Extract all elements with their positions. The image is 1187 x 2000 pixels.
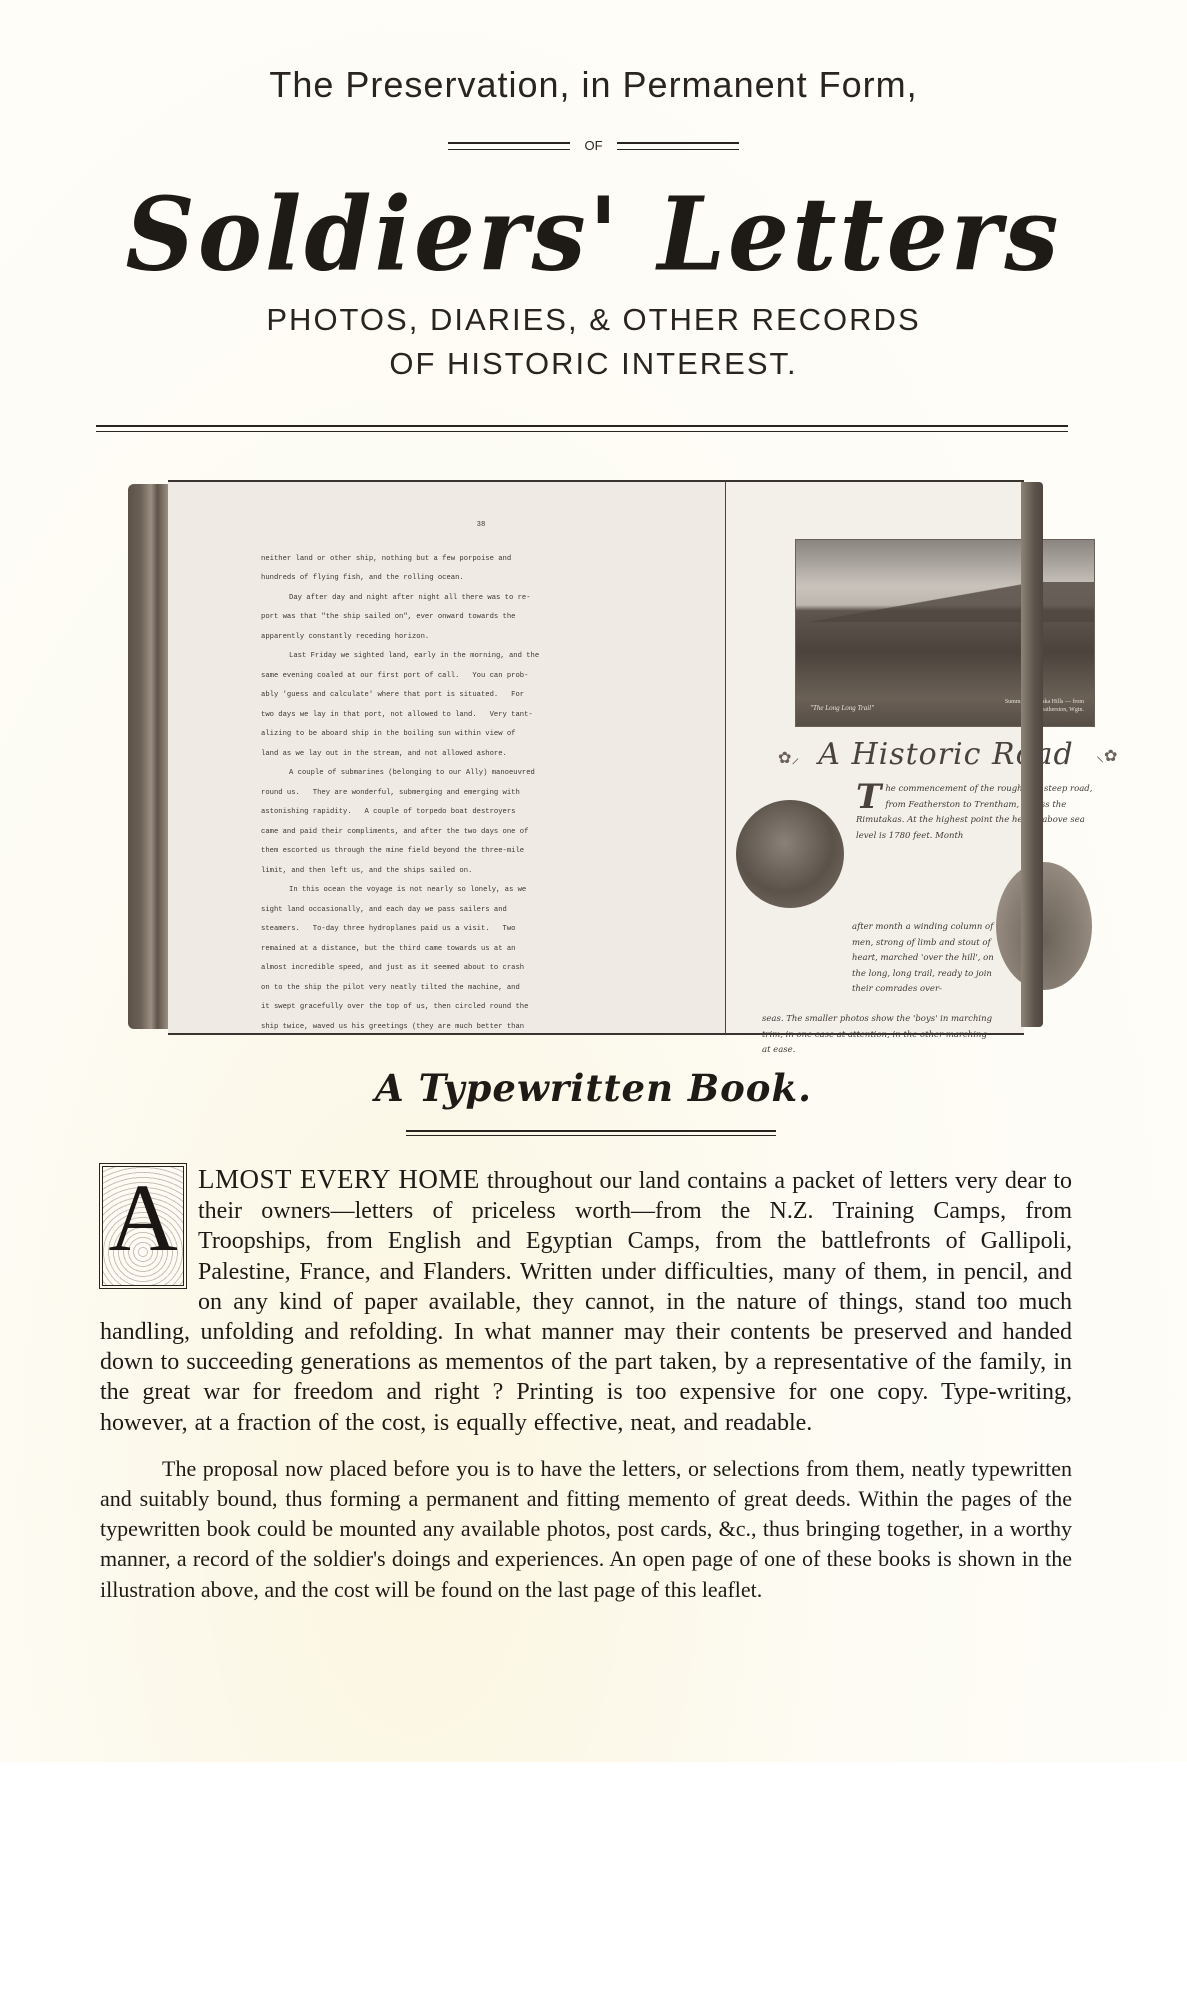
typed-line: land as we lay out in the stream, and no… xyxy=(261,745,701,765)
typed-line: Last Friday we sighted land, early in th… xyxy=(261,647,701,667)
typed-line: them escorted us through the mine field … xyxy=(261,842,701,862)
album-text-block-2: after month a winding column of men, str… xyxy=(852,920,994,998)
typed-line: almost incredible speed, and just as it … xyxy=(261,959,701,979)
hills-silhouette xyxy=(796,582,1094,622)
album-text-block-1: T he commencement of the rough and steep… xyxy=(856,782,1098,844)
typed-line: steamers. To-day three hydroplanes paid … xyxy=(261,920,701,940)
typed-line: round us. They are wonderful, submerging… xyxy=(261,784,701,804)
paragraph-1-text: throughout our land contains a packet of… xyxy=(100,1168,1072,1436)
marching-column-photo-oval xyxy=(996,862,1092,990)
typed-line: ship twice, waved us his greetings (they… xyxy=(261,1018,701,1038)
photo-caption-left: "The Long Long Trail" xyxy=(810,704,874,712)
page-number: 38 xyxy=(261,516,701,536)
typewritten-page: 38 neither land or other ship, nothing b… xyxy=(168,480,725,1035)
subtitle: PHOTOS, DIARIES, & OTHER RECORDS OF HIST… xyxy=(0,298,1187,386)
book-edge-left xyxy=(128,484,170,1029)
preamble-heading: The Preservation, in Permanent Form, xyxy=(0,64,1187,106)
typed-line: ably 'guess and calculate' where that po… xyxy=(261,686,701,706)
typed-line: Day after day and night after night all … xyxy=(261,589,701,609)
illuminated-initial: T xyxy=(856,782,881,812)
paragraph-1: LMOST EVERY HOME throughout our land con… xyxy=(100,1164,1072,1438)
subtitle-line-1: PHOTOS, DIARIES, & OTHER RECORDS xyxy=(0,298,1187,342)
connector-row: OF xyxy=(0,138,1187,153)
lead-caps: LMOST EVERY HOME xyxy=(198,1164,480,1194)
soldiers-photo-round xyxy=(736,800,844,908)
double-rule-left xyxy=(448,142,570,150)
typed-line: port was that "the ship sailed on", ever… xyxy=(261,608,701,628)
album-text: he commencement of the rough and steep r… xyxy=(856,784,1092,841)
paragraph-2: The proposal now placed before you is to… xyxy=(100,1454,1072,1605)
connector-text: OF xyxy=(584,138,602,153)
typed-line: hundreds of flying fish, and the rolling… xyxy=(261,569,701,589)
album-heading: A Historic Road xyxy=(756,737,1136,772)
typed-line: it swept gracefully over the top of us, … xyxy=(261,998,701,1018)
typed-line: In this ocean the voyage is not nearly s… xyxy=(261,881,701,901)
typed-line: remained at a distance, but the third ca… xyxy=(261,940,701,960)
main-title: Soldiers' Letters xyxy=(0,175,1187,294)
section-title-rule xyxy=(406,1130,776,1136)
typed-line: same evening coaled at our first port of… xyxy=(261,667,701,687)
album-text-block-3: seas. The smaller photos show the 'boys'… xyxy=(762,1012,994,1059)
section-title: A Typewritten Book. xyxy=(0,1066,1187,1110)
typed-line: astonishing rapidity. A couple of torped… xyxy=(261,803,701,823)
dropcap-letter: A xyxy=(103,1163,183,1273)
open-book-illustration: 38 neither land or other ship, nothing b… xyxy=(128,478,1043,1033)
ornamental-dropcap-icon: A xyxy=(102,1166,184,1286)
typed-line: neither land or other ship, nothing but … xyxy=(261,550,701,570)
landscape-photo: "The Long Long Trail" Summit, Rimutaka H… xyxy=(796,540,1094,726)
double-rule-right xyxy=(617,142,739,150)
typed-line: came and paid their compliments, and aft… xyxy=(261,823,701,843)
body-text: A LMOST EVERY HOME throughout our land c… xyxy=(100,1164,1072,1605)
typed-line: apparently constantly receding horizon. xyxy=(261,628,701,648)
typed-line: sight land occasionally, and each day we… xyxy=(261,901,701,921)
flower-sprig-icon: ⸜✿ xyxy=(1096,744,1117,766)
album-page: "The Long Long Trail" Summit, Rimutaka H… xyxy=(725,480,1024,1035)
typed-line: limit, and then left us, and the ships s… xyxy=(261,862,701,882)
typed-line: alizing to be aboard ship in the boiling… xyxy=(261,725,701,745)
typed-line: two days we lay in that port, not allowe… xyxy=(261,706,701,726)
book-edge-right xyxy=(1021,482,1043,1027)
section-divider xyxy=(96,425,1068,432)
typed-line: on to the ship the pilot very neatly til… xyxy=(261,979,701,999)
typed-line: A couple of submarines (belonging to our… xyxy=(261,764,701,784)
leaflet-page: The Preservation, in Permanent Form, OF … xyxy=(0,0,1187,1762)
subtitle-line-2: OF HISTORIC INTEREST. xyxy=(0,342,1187,386)
typewritten-text: 38 neither land or other ship, nothing b… xyxy=(261,516,701,1037)
